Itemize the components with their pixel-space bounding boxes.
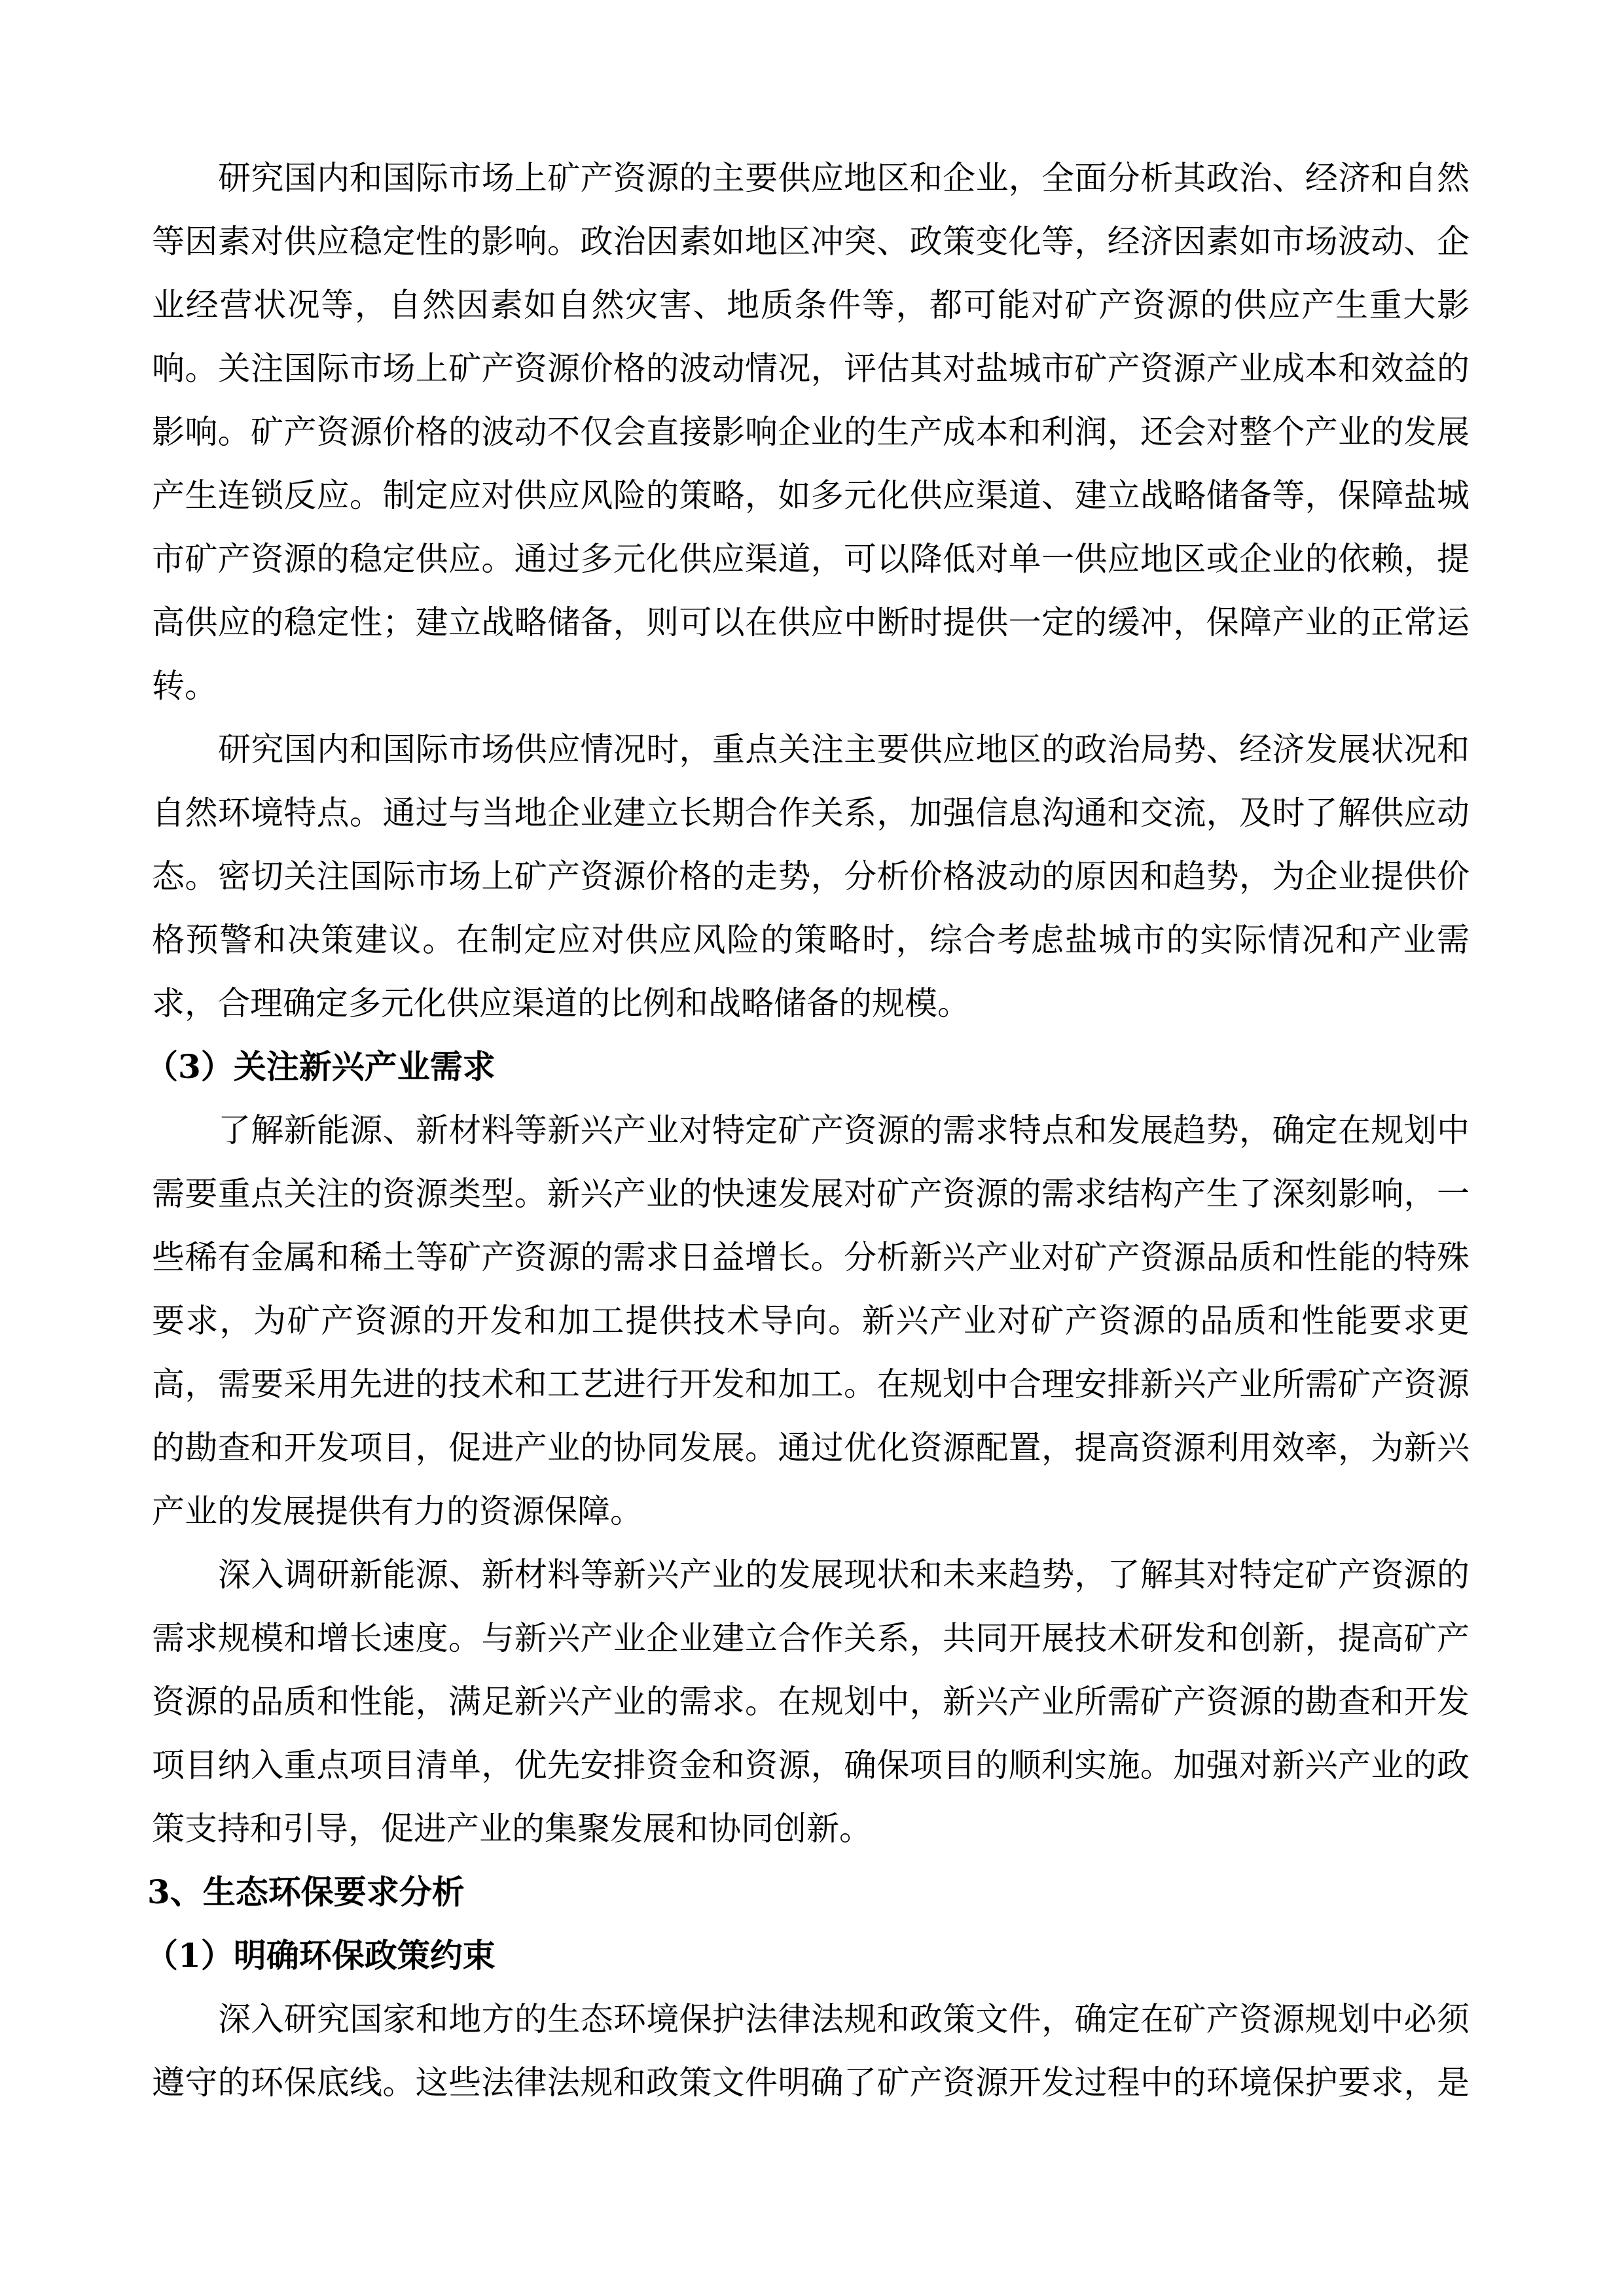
subheading-emerging-industries: （3）关注新兴产业需求 bbox=[145, 1047, 1463, 1086]
paragraph-line: 资源的品质和性能，满足新兴产业的需求。在规划中，新兴产业所需矿产资源的勘查和开发 bbox=[152, 1682, 1470, 1721]
paragraph-line: 些稀有金属和稀土等矿产资源的需求日益增长。分析新兴产业对矿产资源品质和性能的特殊 bbox=[152, 1238, 1470, 1277]
paragraph-line: 深入研究国家和地方的生态环境保护法律法规和政策文件，确定在矿产资源规划中必须 bbox=[218, 2000, 1470, 2039]
document-page: 研究国内和国际市场上矿产资源的主要供应地区和企业，全面分析其政治、经济和自然 等… bbox=[0, 0, 1624, 2296]
paragraph-line: 求，合理确定多元化供应渠道的比例和战略储备的规模。 bbox=[152, 984, 1470, 1023]
paragraph-line: 转。 bbox=[152, 666, 1470, 706]
paragraph-line: 的勘查和开发项目，促进产业的协同发展。通过优化资源配置，提高资源利用效率，为新兴 bbox=[152, 1428, 1470, 1467]
paragraph-line: 等因素对供应稳定性的影响。政治因素如地区冲突、政策变化等，经济因素如市场波动、企 bbox=[152, 222, 1470, 261]
paragraph-line: 高供应的稳定性；建立战略储备，则可以在供应中断时提供一定的缓冲，保障产业的正常运 bbox=[152, 603, 1470, 642]
paragraph-line: 产生连锁反应。制定应对供应风险的策略，如多元化供应渠道、建立战略储备等，保障盐城 bbox=[152, 476, 1470, 515]
paragraph-line: 研究国内和国际市场上矿产资源的主要供应地区和企业，全面分析其政治、经济和自然 bbox=[218, 158, 1470, 198]
paragraph-line: 自然环境特点。通过与当地企业建立长期合作关系，加强信息沟通和交流，及时了解供应动 bbox=[152, 793, 1470, 833]
paragraph-line: 产业的发展提供有力的资源保障。 bbox=[152, 1492, 1470, 1531]
paragraph-line: 高，需要采用先进的技术和工艺进行开发和加工。在规划中合理安排新兴产业所需矿产资源 bbox=[152, 1365, 1470, 1404]
paragraph-line: 需求规模和增长速度。与新兴产业企业建立合作关系，共同开展技术研发和创新，提高矿产 bbox=[152, 1619, 1470, 1658]
paragraph-line: 态。密切关注国际市场上矿产资源价格的走势，分析价格波动的原因和趋势，为企业提供价 bbox=[152, 857, 1470, 896]
section-heading-eco-requirements: 3、生态环保要求分析 bbox=[147, 1873, 1465, 1912]
paragraph-line: 策支持和引导，促进产业的集聚发展和协同创新。 bbox=[152, 1809, 1470, 1848]
paragraph-line: 深入调研新能源、新材料等新兴产业的发展现状和未来趋势，了解其对特定矿产资源的 bbox=[218, 1555, 1470, 1594]
paragraph-line: 项目纳入重点项目清单，优先安排资金和资源，确保项目的顺利实施。加强对新兴产业的政 bbox=[152, 1746, 1470, 1785]
paragraph-line: 业经营状况等，自然因素如自然灾害、地质条件等，都可能对矿产资源的供应产生重大影 bbox=[152, 285, 1470, 325]
paragraph-line: 影响。矿产资源价格的波动不仅会直接影响企业的生产成本和利润，还会对整个产业的发展 bbox=[152, 412, 1470, 452]
paragraph-line: 研究国内和国际市场供应情况时，重点关注主要供应地区的政治局势、经济发展状况和 bbox=[218, 730, 1470, 769]
paragraph-line: 格预警和决策建议。在制定应对供应风险的策略时，综合考虑盐城市的实际情况和产业需 bbox=[152, 920, 1470, 960]
paragraph-line: 了解新能源、新材料等新兴产业对特定矿产资源的需求特点和发展趋势，确定在规划中 bbox=[218, 1111, 1470, 1150]
subheading-environmental-policy: （1）明确环保政策约束 bbox=[145, 1936, 1463, 1975]
paragraph-line: 遵守的环保底线。这些法律法规和政策文件明确了矿产资源开发过程中的环境保护要求，是 bbox=[152, 2063, 1470, 2102]
paragraph-line: 市矿产资源的稳定供应。通过多元化供应渠道，可以降低对单一供应地区或企业的依赖，提 bbox=[152, 539, 1470, 579]
paragraph-line: 需要重点关注的资源类型。新兴产业的快速发展对矿产资源的需求结构产生了深刻影响，一 bbox=[152, 1174, 1470, 1213]
paragraph-line: 响。关注国际市场上矿产资源价格的波动情况，评估其对盐城市矿产资源产业成本和效益的 bbox=[152, 349, 1470, 388]
paragraph-line: 要求，为矿产资源的开发和加工提供技术导向。新兴产业对矿产资源的品质和性能要求更 bbox=[152, 1301, 1470, 1340]
